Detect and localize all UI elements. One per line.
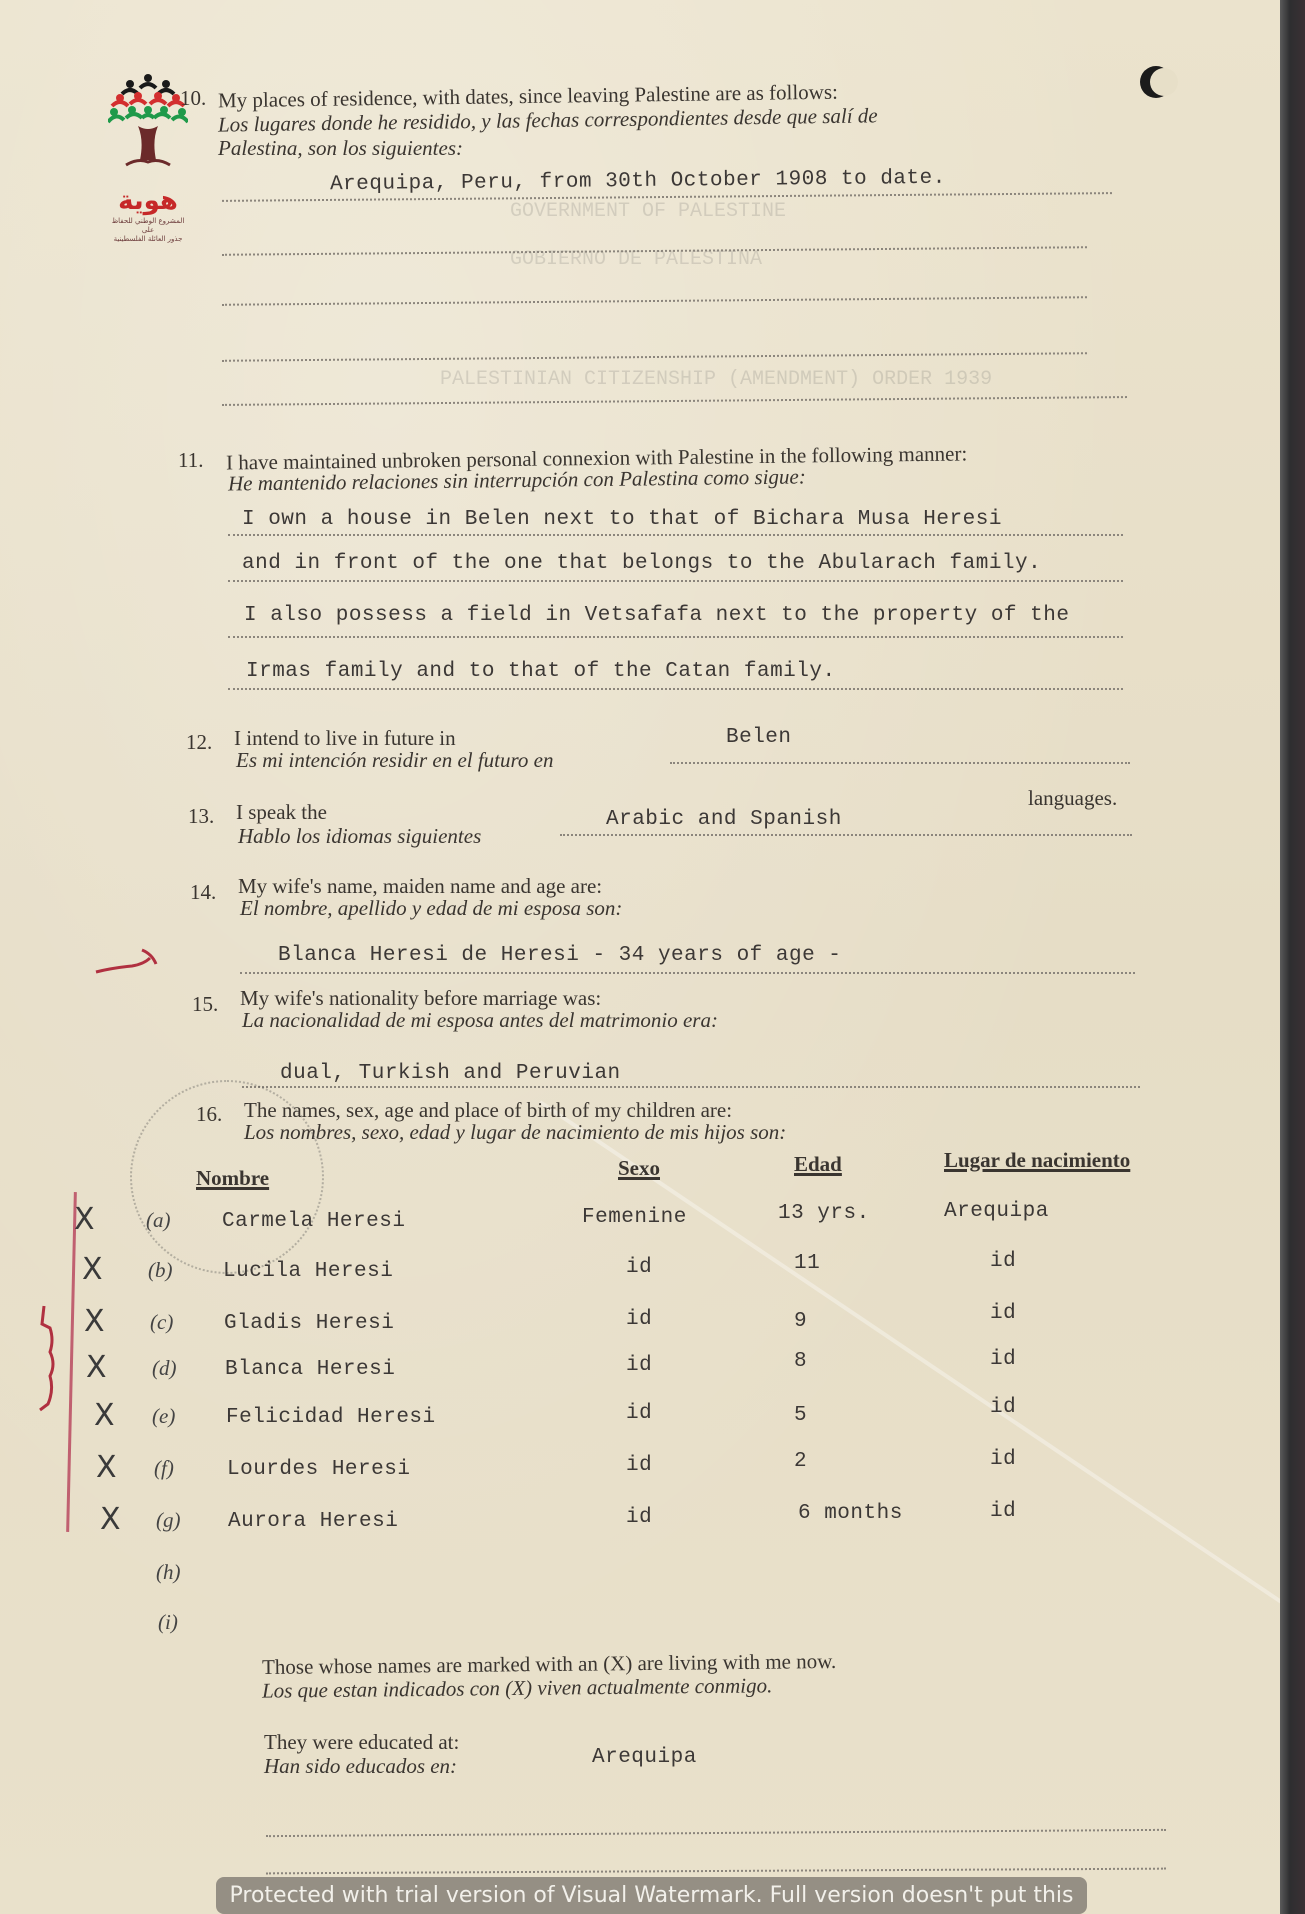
child-sex: id bbox=[626, 1256, 652, 1279]
child-name: Blanca Heresi bbox=[225, 1358, 395, 1381]
child-sex: id bbox=[626, 1354, 652, 1377]
answer-line bbox=[242, 1086, 1140, 1088]
page-edge bbox=[1280, 0, 1305, 1914]
logo-arabic-title: هوية bbox=[108, 185, 188, 217]
child-sex: id bbox=[626, 1308, 652, 1331]
bleed-through-text: GOVERNMENT OF PALESTINE bbox=[510, 200, 786, 223]
child-age: 5 bbox=[794, 1404, 807, 1427]
answer-line bbox=[228, 636, 1123, 638]
q16-english: The names, sex, age and place of birth o… bbox=[244, 1098, 732, 1122]
child-sex: Femenine bbox=[582, 1206, 687, 1229]
col-header-name: Nombre bbox=[196, 1166, 269, 1191]
living-with-me-mark: X bbox=[96, 1450, 117, 1485]
child-sex: id bbox=[626, 1402, 652, 1425]
child-sex: id bbox=[626, 1454, 652, 1477]
child-place: id bbox=[990, 1396, 1016, 1419]
answer-line bbox=[240, 972, 1135, 974]
red-annotation-mark bbox=[92, 938, 172, 978]
logo-subtitle: المشروع الوطني للحفاظ على جذور العائلة ا… bbox=[108, 217, 188, 244]
living-with-me-mark: X bbox=[94, 1398, 115, 1433]
logo-subtitle-line1: المشروع الوطني للحفاظ على bbox=[108, 217, 188, 235]
child-place: Arequipa bbox=[944, 1200, 1049, 1223]
child-name: Aurora Heresi bbox=[228, 1510, 398, 1533]
child-letter: (f) bbox=[154, 1456, 174, 1481]
q15-answer: dual, Turkish and Peruvian bbox=[280, 1062, 621, 1085]
answer-line bbox=[228, 534, 1123, 536]
child-name: Carmela Heresi bbox=[222, 1210, 405, 1233]
child-sex: id bbox=[626, 1506, 652, 1529]
q12-spanish: Es mi intención residir en el futuro en bbox=[236, 748, 553, 772]
child-letter: (i) bbox=[158, 1610, 178, 1635]
living-with-me-mark: X bbox=[74, 1202, 95, 1237]
answer-line bbox=[228, 688, 1123, 690]
living-with-me-mark: X bbox=[84, 1304, 105, 1339]
q16-number: 16. bbox=[196, 1102, 222, 1126]
hole-punch-mark bbox=[1140, 66, 1172, 98]
child-name: Lourdes Heresi bbox=[227, 1458, 410, 1481]
child-name: Gladis Heresi bbox=[224, 1312, 394, 1335]
q14-answer: Blanca Heresi de Heresi - 34 years of ag… bbox=[278, 944, 841, 967]
col-header-sex: Sexo bbox=[618, 1156, 660, 1181]
child-age: 2 bbox=[794, 1450, 807, 1473]
child-place: id bbox=[990, 1250, 1016, 1273]
living-with-me-mark: X bbox=[86, 1350, 107, 1385]
q11-answer-line-3: I also possess a field in Vetsafafa next… bbox=[244, 604, 1069, 627]
q12-number: 12. bbox=[186, 730, 212, 754]
q12-english: I intend to live in future in bbox=[234, 726, 456, 750]
educated-spanish: Han sido educados en: bbox=[264, 1754, 457, 1778]
child-age: 8 bbox=[794, 1350, 807, 1373]
child-name: Felicidad Heresi bbox=[226, 1406, 436, 1429]
q10-number: 10. bbox=[180, 86, 206, 110]
educated-english: They were educated at: bbox=[264, 1730, 459, 1754]
child-name: Lucila Heresi bbox=[223, 1260, 393, 1283]
child-letter: (e) bbox=[152, 1404, 175, 1429]
bleed-through-text: PALESTINIAN CITIZENSHIP (AMENDMENT) ORDE… bbox=[440, 368, 992, 391]
child-letter: (g) bbox=[156, 1508, 181, 1533]
q11-number: 11. bbox=[178, 448, 203, 472]
watermark-banner: Protected with trial version of Visual W… bbox=[216, 1877, 1087, 1914]
q11-answer-line-1: I own a house in Belen next to that of B… bbox=[242, 508, 1002, 531]
logo-subtitle-line2: جذور العائلة الفلسطينية bbox=[108, 235, 188, 244]
q13-spanish: Hablo los idiomas siguientes bbox=[238, 824, 481, 848]
child-age: 13 yrs. bbox=[778, 1202, 870, 1225]
q15-number: 15. bbox=[192, 992, 218, 1016]
q15-english: My wife's nationality before marriage wa… bbox=[240, 986, 601, 1010]
child-age: 11 bbox=[794, 1252, 820, 1275]
q11-answer-line-2: and in front of the one that belongs to … bbox=[242, 552, 1041, 575]
col-header-age: Edad bbox=[794, 1152, 842, 1177]
q14-spanish: El nombre, apellido y edad de mi esposa … bbox=[240, 896, 622, 920]
child-age: 6 months bbox=[798, 1502, 903, 1525]
family-tree-icon bbox=[108, 70, 188, 180]
q16-spanish: Los nombres, sexo, edad y lugar de nacim… bbox=[244, 1120, 786, 1144]
child-place: id bbox=[990, 1500, 1016, 1523]
living-with-me-mark: X bbox=[82, 1252, 103, 1287]
child-place: id bbox=[990, 1348, 1016, 1371]
living-with-me-mark: X bbox=[100, 1502, 121, 1537]
red-margin-annotation bbox=[34, 1300, 68, 1430]
educated-answer: Arequipa bbox=[592, 1746, 697, 1769]
q14-english: My wife's name, maiden name and age are: bbox=[238, 874, 602, 898]
answer-line bbox=[228, 580, 1123, 582]
child-place: id bbox=[990, 1302, 1016, 1325]
q13-suffix: languages. bbox=[1028, 786, 1117, 810]
q15-spanish: La nacionalidad de mi esposa antes del m… bbox=[242, 1008, 718, 1032]
q11-answer-line-4: Irmas family and to that of the Catan fa… bbox=[246, 660, 836, 683]
child-letter: (b) bbox=[148, 1258, 173, 1283]
q13-answer: Arabic and Spanish bbox=[606, 808, 842, 831]
child-letter: (a) bbox=[146, 1208, 171, 1233]
answer-line bbox=[560, 834, 1132, 836]
child-age: 9 bbox=[794, 1310, 807, 1333]
child-place: id bbox=[990, 1448, 1016, 1471]
q12-answer: Belen bbox=[726, 726, 792, 749]
q13-english: I speak the bbox=[236, 800, 327, 824]
answer-line bbox=[670, 762, 1130, 764]
hawiya-logo: هوية المشروع الوطني للحفاظ على جذور العا… bbox=[108, 70, 188, 240]
child-letter: (d) bbox=[152, 1356, 177, 1381]
child-letter: (c) bbox=[150, 1310, 173, 1335]
q10-spanish-2: Palestina, son los siguientes: bbox=[218, 136, 463, 160]
child-letter: (h) bbox=[156, 1560, 181, 1585]
q14-number: 14. bbox=[190, 880, 216, 904]
col-header-place: Lugar de nacimiento bbox=[944, 1148, 1130, 1173]
q13-number: 13. bbox=[188, 804, 214, 828]
